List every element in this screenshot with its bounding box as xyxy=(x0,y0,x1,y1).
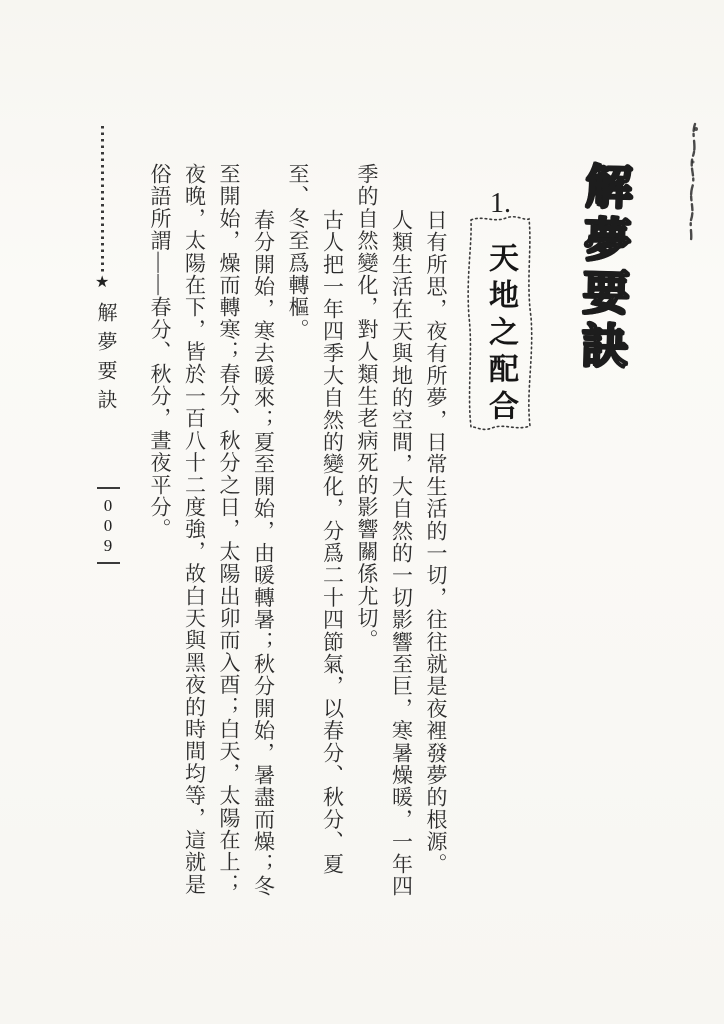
page-number-digit: 0 xyxy=(104,496,113,516)
section-header-box: 1. 天地之配合 xyxy=(464,212,536,434)
star-icon: ★ xyxy=(95,274,109,290)
page-number-digit: 9 xyxy=(104,536,113,556)
body-text-block: 日有所思，夜有所夢，日常生活的一切，往往就是夜裡發夢的根源。 人類生活在天與地的… xyxy=(141,163,453,900)
page-number-top-bar xyxy=(97,487,120,489)
paragraph-2: 人類生活在天與地的空間，大自然的一切影響至巨，寒暑燥暖，一年四季的自然變化，對人… xyxy=(350,163,419,900)
paragraph-1: 日有所思，夜有所夢，日常生活的一切，往往就是夜裡發夢的根源。 xyxy=(419,163,454,900)
section-title: 天地之配合 xyxy=(485,242,515,427)
section-number: 1. xyxy=(490,190,511,218)
sidebar-dotted-rule xyxy=(101,126,104,272)
ink-smudge-mark xyxy=(680,120,706,244)
scanned-book-page: 解夢要訣 1. 天地之配合 日有所思，夜有所夢，日常生活的一切，往往就是夜裡發夢… xyxy=(0,0,724,1024)
paragraph-4: 春分開始，寒去暖來；夏至開始，由暖轉暑；秋分開始，暑盡而燥；冬至開始，燥而轉寒；… xyxy=(143,163,281,900)
sidebar-running-title: 解夢要訣 xyxy=(93,302,117,418)
page-number-bottom-bar xyxy=(97,562,120,564)
paragraph-3: 古人把一年四季大自然的變化，分爲二十四節氣，以春分、秋分、夏至、冬至爲轉樞。 xyxy=(281,163,350,900)
page-number-digit: 0 xyxy=(104,516,113,536)
book-title-calligraphy: 解夢要訣 xyxy=(565,161,639,403)
page-number-block: 0 0 9 xyxy=(94,487,122,564)
